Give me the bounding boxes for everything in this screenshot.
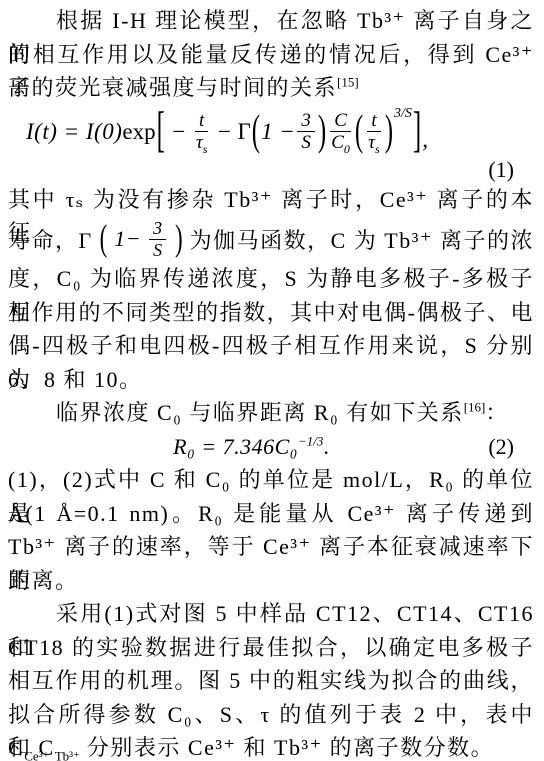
- paragraph5-line5: 和 CTb³⁺ 分别表示 Ce³⁺ 和 Tb³⁺ 的离子数分数。: [8, 731, 534, 761]
- eq1-one-minus: 1 −: [261, 119, 295, 145]
- equation-1-number: (1): [8, 159, 534, 183]
- paragraph1-line2: 的相互作用以及能量反传递的情况后，得到 Ce³⁺ 离: [8, 38, 534, 72]
- paragraph5-line5-pre: 和 C: [8, 735, 55, 760]
- paragraph3-line1: 临界浓度 C₀ 与临界距离 R₀ 有如下关系[16]：: [8, 396, 534, 430]
- tau-symbol: τ: [368, 132, 375, 153]
- paragraph2-line3: 度，C₀ 为临界传递浓度，S 为静电多极子-多极子相: [8, 262, 534, 296]
- eq1-left-paren2: (: [355, 107, 363, 156]
- eq2-period: .: [323, 434, 329, 459]
- eq1-fraction-t-over-tau2: t τs: [366, 110, 381, 154]
- eq1-fraction-3-over-S: 3 S: [297, 110, 315, 154]
- equation-1: I(t) = I(0) exp [ − t τs − Γ ( 1 − 3 S )…: [8, 105, 534, 159]
- paragraph4-line2: Å(1 Å=0.1 nm)。R₀ 是能量从 Ce³⁺ 离子传递到: [8, 497, 534, 531]
- eq1-exp-operator: exp: [122, 119, 155, 145]
- paragraph2-line2-with-fraction: 寿命，Γ ( 1− 3 S ) 为伽马函数，C 为 Tb³⁺ 离子的浓: [8, 216, 534, 262]
- inline-one-minus: 1−: [114, 226, 141, 252]
- C-subscript-Tb3plus: Tb³⁺: [55, 748, 80, 761]
- paragraph4-line1: (1)，(2)式中 C 和 C₀ 的单位是 mol/L，R₀ 的单位是: [8, 463, 534, 497]
- inline-left-paren: (: [100, 218, 108, 260]
- eq1-fraction-C-over-C0: C C0: [329, 110, 352, 154]
- C-symbol: C: [331, 132, 344, 153]
- eq1-right-paren2: ): [385, 107, 393, 156]
- paragraph2-line1: 其中 τₛ 为没有掺杂 Tb³⁺ 离子时，Ce³⁺ 离子的本征: [8, 183, 534, 217]
- fraction-numerator: t: [367, 110, 380, 132]
- C-subscript-0: 0: [344, 142, 350, 156]
- fraction-denominator: τs: [194, 132, 209, 153]
- eq2-body: R₀ = 7.346C₀: [173, 434, 298, 459]
- fraction-numerator: 3: [149, 218, 166, 239]
- eq1-exponent-3-over-S: 3/S: [394, 106, 412, 122]
- paragraph3-line1-text: 临界浓度 C₀ 与临界距离 R₀ 有如下关系: [56, 400, 464, 425]
- paragraph1-line1: 根据 I-H 理论模型，在忽略 Tb³⁺ 离子自身之间: [8, 4, 534, 38]
- paragraph2-line5: 偶-四极子和电四极-四极子相互作用来说，S 分别为: [8, 329, 534, 363]
- tau-subscript-s: s: [375, 142, 380, 156]
- eq2-exponent: −1/3: [298, 433, 323, 448]
- eq1-fraction-t-over-tau: t τs: [194, 110, 209, 154]
- paragraph5-line2: CT18 的实验数据进行最佳拟合，以确定电多极子: [8, 631, 534, 665]
- eq1-comma: ,: [422, 127, 428, 153]
- paper-page: 根据 I-H 理论模型，在忽略 Tb³⁺ 离子自身之间 的相互作用以及能量反传递…: [0, 0, 544, 761]
- fraction-numerator: t: [195, 110, 208, 132]
- tau-symbol: τ: [196, 132, 203, 153]
- eq1-gamma-symbol: Γ: [237, 119, 250, 145]
- paragraph3-line1-colon: ：: [485, 400, 509, 425]
- paragraph5-line1: 采用(1)式对图 5 中样品 CT12、CT14、CT16 和: [8, 597, 534, 631]
- paragraph5-line5-post: 分别表示 Ce³⁺ 和 Tb³⁺ 的离子数分数。: [80, 735, 494, 760]
- fraction-numerator: C: [330, 110, 351, 132]
- paragraph5-line3: 相互作用的机理。图 5 中的粗实线为拟合的曲线，: [8, 664, 534, 698]
- paragraph1-line3: 子的荧光衰减强度与时间的关系[15]: [8, 71, 534, 105]
- fraction-denominator: τs: [366, 132, 381, 153]
- paragraph2-line4: 互作用的不同类型的指数，其中对电偶-偶极子、电: [8, 296, 534, 330]
- inline-right-paren: ): [175, 218, 183, 260]
- fraction-denominator: S: [299, 132, 313, 153]
- tau-subscript-s: s: [203, 142, 208, 156]
- eq1-minus2: −: [216, 119, 232, 145]
- paragraph2-line2-pre: 寿命，Γ: [8, 224, 93, 255]
- paragraph5-line4: 拟合所得参数 C₀、S、τ 的值列于表 2 中，表中 CCe³⁺: [8, 698, 534, 732]
- paragraph4-line4: 距离。: [8, 564, 534, 598]
- fraction-denominator: C0: [329, 132, 352, 153]
- citation-ref-15: [15]: [337, 75, 359, 90]
- paragraph2-line2-post: 为伽马函数，C 为 Tb³⁺ 离子的浓: [190, 224, 534, 255]
- equation-2-number: (2): [488, 430, 514, 464]
- inline-fraction-3-over-S: 3 S: [149, 218, 166, 259]
- eq1-right-paren1: ): [318, 107, 326, 156]
- citation-ref-16: [16]: [464, 400, 486, 415]
- eq1-left-bracket: [: [157, 104, 165, 160]
- eq1-left-paren1: (: [252, 107, 260, 156]
- paragraph1-line3-text: 子的荧光衰减强度与时间的关系: [8, 75, 337, 100]
- eq1-minus1: −: [171, 119, 187, 145]
- eq1-right-bracket: ]: [413, 104, 421, 160]
- paragraph2-line6: 6、8 和 10。: [8, 363, 534, 397]
- equation-2: R₀ = 7.346C₀−1/3. (2): [8, 430, 534, 464]
- fraction-denominator: S: [151, 240, 164, 260]
- paragraph4-line3: Tb³⁺ 离子的速率，等于 Ce³⁺ 离子本征衰减速率下的: [8, 530, 534, 564]
- fraction-numerator: 3: [297, 110, 315, 132]
- eq1-lhs: I(t) = I(0): [26, 119, 122, 145]
